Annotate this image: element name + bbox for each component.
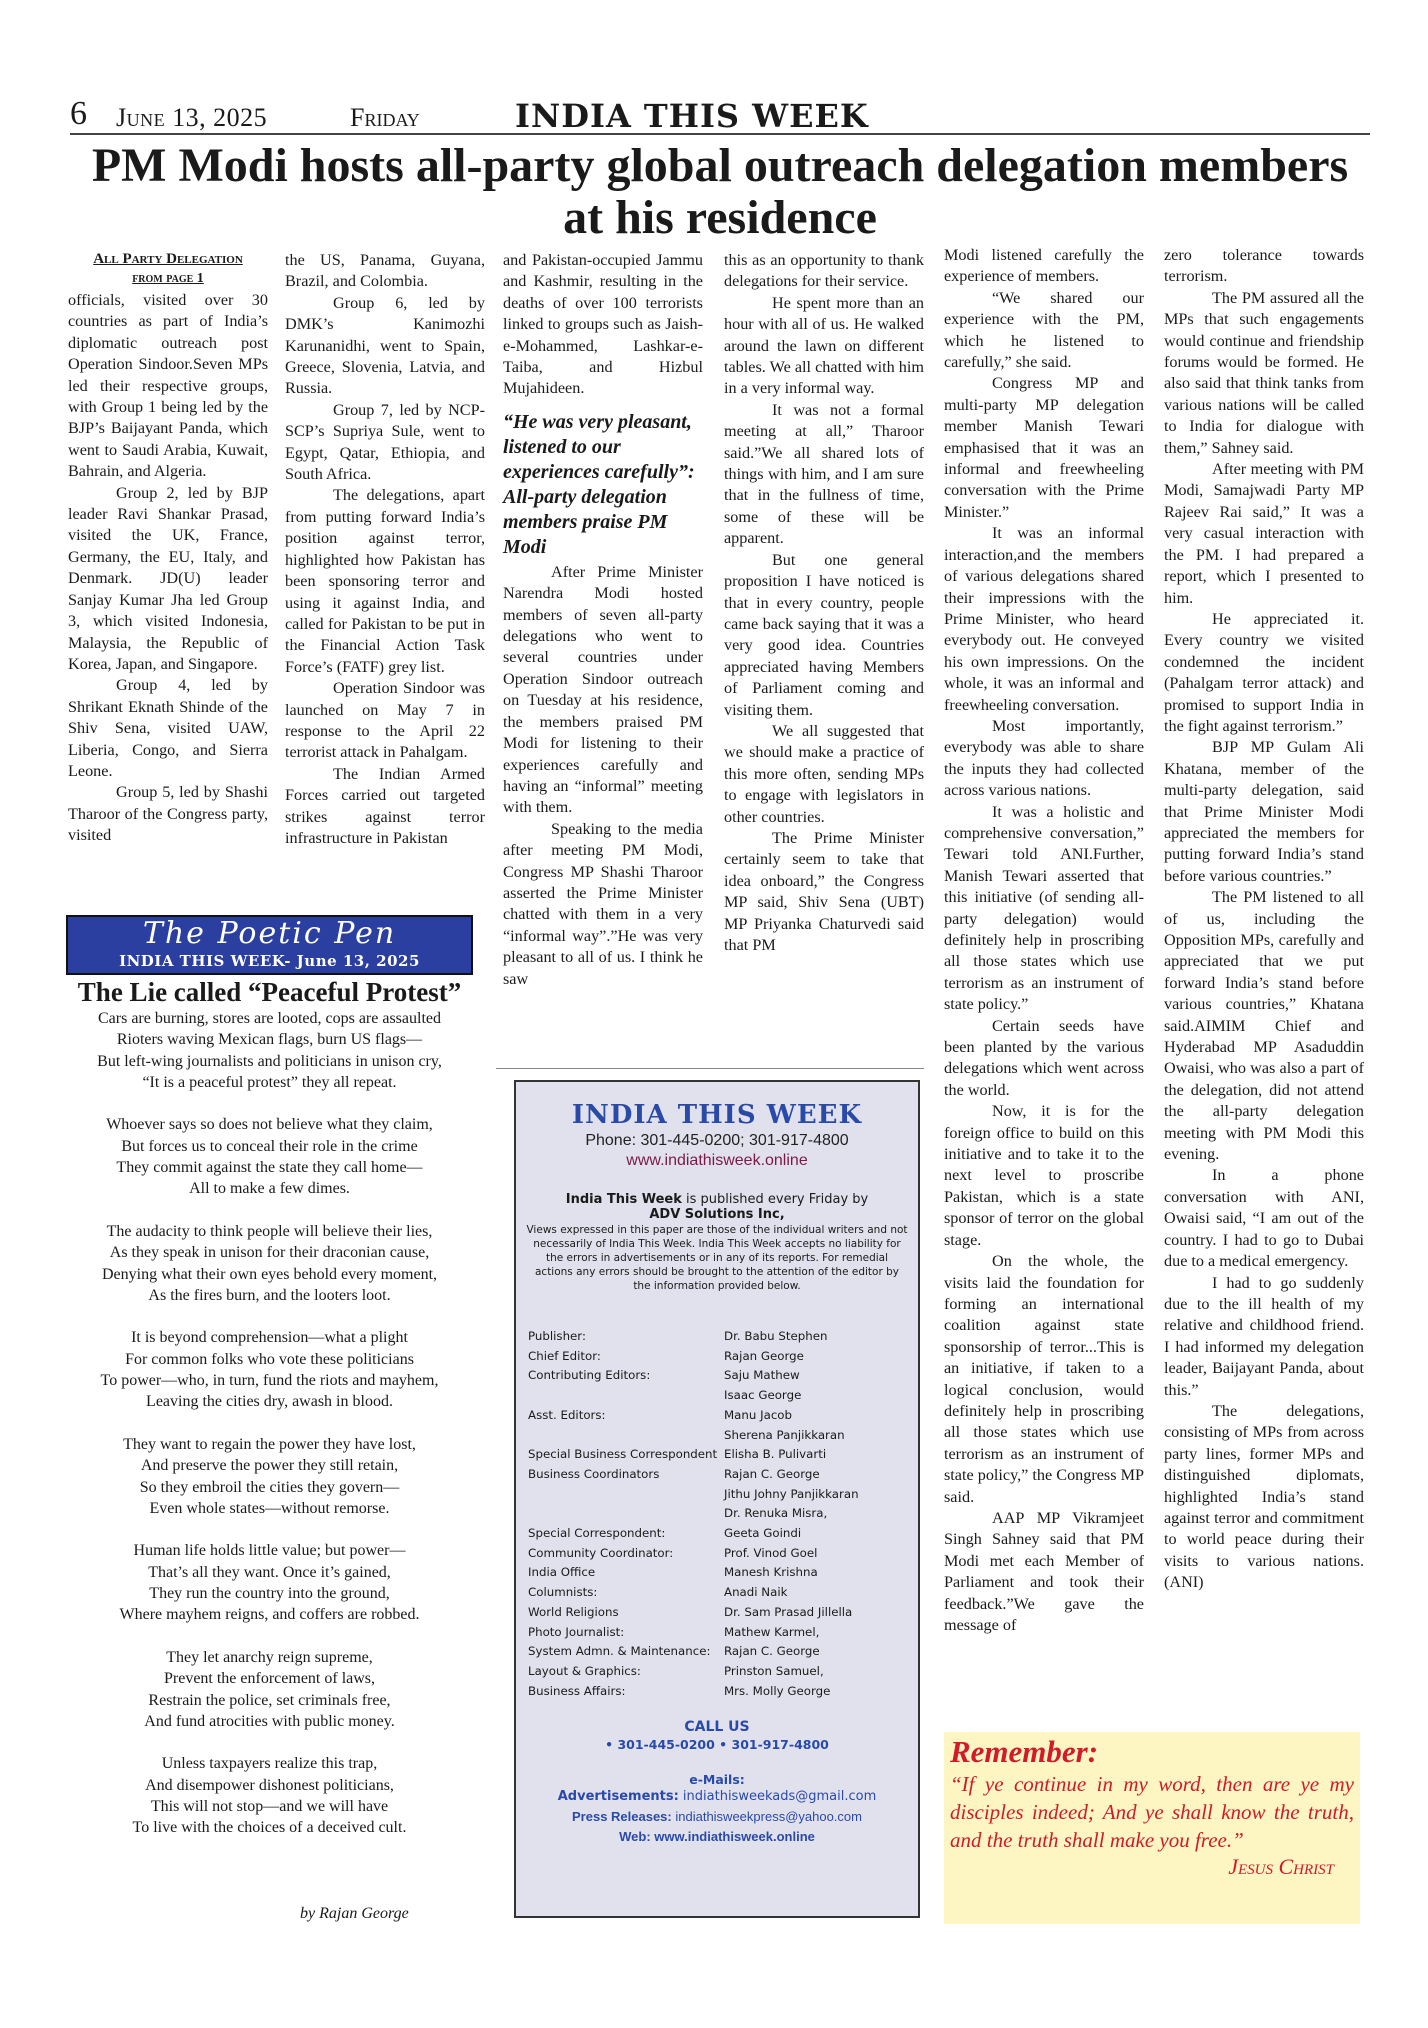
staff-list: Publisher:Dr. Babu Stephen Chief Editor:… (516, 1327, 918, 1701)
poem-line: Restrain the police, set criminals free, (66, 1690, 473, 1711)
info-box-title: INDIA THIS WEEK (516, 1100, 918, 1130)
page-number: 6 (70, 95, 87, 133)
paragraph: The delegations, apart from putting forw… (285, 485, 485, 678)
poem-stanza: Cars are burning, stores are looted, cop… (66, 1008, 473, 1093)
staff-name: Rajan C. George (724, 1642, 820, 1662)
paragraph: the US, Panama, Guyana, Brazil, and Colo… (285, 250, 485, 293)
staff-row: System Admn. & Maintenance:Rajan C. Geor… (528, 1642, 918, 1662)
staff-role: Contributing Editors: (528, 1366, 724, 1386)
staff-row: Columnists:Anadi Naik (528, 1583, 918, 1603)
poem-line: This will not stop—and we will have (66, 1796, 473, 1817)
poem-line: Human life holds little value; but power… (66, 1540, 473, 1561)
article-column-5: Modi listened carefully the experience o… (944, 245, 1144, 1636)
staff-role: System Admn. & Maintenance: (528, 1642, 724, 1662)
published-by-line: India This Week is published every Frida… (516, 1192, 918, 1207)
article-column-2: the US, Panama, Guyana, Brazil, and Colo… (285, 250, 485, 849)
staff-name: Rajan George (724, 1347, 804, 1367)
poem-line: And preserve the power they still retain… (66, 1455, 473, 1476)
staff-role (528, 1504, 724, 1524)
press-label: Press Releases: (572, 1809, 672, 1824)
staff-row: Layout & Graphics:Prinston Samuel, (528, 1662, 918, 1682)
remember-quote-box: Remember: “If ye continue in my word, th… (944, 1732, 1360, 1924)
ads-email-line: Advertisements: indiathisweekads@gmail.c… (516, 1787, 918, 1807)
paragraph: Group 4, led by Shrikant Eknath Shinde o… (68, 675, 268, 782)
staff-row: World ReligionsDr. Sam Prasad Jillella (528, 1603, 918, 1623)
ads-label: Advertisements: (558, 1789, 679, 1804)
staff-role: Photo Journalist: (528, 1623, 724, 1643)
publication-name-bold: India This Week (566, 1192, 682, 1207)
poem-line: And disempower dishonest politicians, (66, 1775, 473, 1796)
staff-name: Manu Jacob (724, 1406, 792, 1426)
staff-name: Dr. Sam Prasad Jillella (724, 1603, 852, 1623)
issue-day: Friday (350, 103, 420, 133)
staff-row: Business Affairs:Mrs. Molly George (528, 1682, 918, 1702)
staff-row: Photo Journalist:Mathew Karmel, (528, 1623, 918, 1643)
quote-author: Jesus Christ (950, 1854, 1354, 1880)
staff-role: Columnists: (528, 1583, 724, 1603)
poem-body: Cars are burning, stores are looted, cop… (66, 1008, 473, 1860)
staff-row: Special Business CorrespondentElisha B. … (528, 1445, 918, 1465)
paragraph: We all suggested that we should make a p… (724, 721, 924, 828)
staff-name: Dr. Renuka Misra, (724, 1504, 827, 1524)
poem-line: Unless taxpayers realize this trap, (66, 1753, 473, 1774)
staff-role: Business Affairs: (528, 1682, 724, 1702)
staff-role: Publisher: (528, 1327, 724, 1347)
poem-line: But forces us to conceal their role in t… (66, 1136, 473, 1157)
paragraph: Modi listened carefully the experience o… (944, 245, 1144, 288)
staff-role (528, 1386, 724, 1406)
staff-row: India OfficeManesh Krishna (528, 1563, 918, 1583)
staff-name: Rajan C. George (724, 1465, 820, 1485)
press-email-line: Press Releases: indiathisweekpress@yahoo… (516, 1807, 918, 1827)
staff-row: Isaac George (528, 1386, 918, 1406)
poem-stanza: They want to regain the power they have … (66, 1434, 473, 1519)
paragraph: He spent more than an hour with all of u… (724, 293, 924, 400)
poem-line: They let anarchy reign supreme, (66, 1647, 473, 1668)
poem-line: They run the country into the ground, (66, 1583, 473, 1604)
staff-name: Jithu Johny Panjikkaran (724, 1485, 859, 1505)
paragraph: On the whole, the visits laid the founda… (944, 1251, 1144, 1508)
paragraph: He appreciated it. Every country we visi… (1164, 609, 1364, 737)
publication-name: INDIA THIS WEEK (515, 97, 869, 135)
paragraph: officials, visited over 30 countries as … (68, 290, 268, 483)
poem-line: Where mayhem reigns, and coffers are rob… (66, 1604, 473, 1625)
staff-name: Anadi Naik (724, 1583, 787, 1603)
poem-byline: by Rajan George (300, 1905, 409, 1923)
staff-name: Prinston Samuel, (724, 1662, 824, 1682)
staff-role: India Office (528, 1563, 724, 1583)
poem-stanza: It is beyond comprehension—what a plight… (66, 1327, 473, 1412)
paragraph: Group 5, led by Shashi Tharoor of the Co… (68, 782, 268, 846)
staff-role: Chief Editor: (528, 1347, 724, 1367)
poem-line: To power—who, in turn, fund the riots an… (66, 1370, 473, 1391)
paragraph: The PM listened to all of us, including … (1164, 887, 1364, 1165)
staff-row: Asst. Editors:Manu Jacob (528, 1406, 918, 1426)
call-us-heading: CALL US (516, 1719, 918, 1735)
staff-row: Community Coordinator:Prof. Vinod Goel (528, 1544, 918, 1564)
poem-line: That’s all they want. Once it’s gained, (66, 1562, 473, 1583)
masthead: 6 June 13, 2025 Friday INDIA THIS WEEK (70, 95, 1370, 135)
paragraph: After meeting with PM Modi, Samajwadi Pa… (1164, 459, 1364, 609)
staff-name: Manesh Krishna (724, 1563, 818, 1583)
paragraph: The Indian Armed Forces carried out targ… (285, 764, 485, 850)
poem-line: Cars are burning, stores are looted, cop… (66, 1008, 473, 1029)
poem-line: Rioters waving Mexican flags, burn US fl… (66, 1029, 473, 1050)
staff-name: Isaac George (724, 1386, 801, 1406)
paragraph: Now, it is for the foreign office to bui… (944, 1101, 1144, 1251)
paragraph: AAP MP Vikramjeet Singh Sahney said that… (944, 1508, 1144, 1636)
paragraph: But one general proposition I have notic… (724, 550, 924, 721)
poem-title: The Lie called “Peaceful Protest” (66, 975, 473, 1009)
publisher-company: ADV Solutions Inc, (516, 1207, 918, 1222)
poem-line: Whoever says so does not believe what th… (66, 1114, 473, 1135)
staff-name: Prof. Vinod Goel (724, 1544, 817, 1564)
paragraph: The Prime Minister certainly seem to tak… (724, 828, 924, 956)
paragraph: Group 7, led by NCP-SCP’s Supriya Sule, … (285, 400, 485, 486)
poem-line: All to make a few dimes. (66, 1178, 473, 1199)
publication-info-box: INDIA THIS WEEK Phone: 301-445-0200; 301… (514, 1080, 920, 1918)
web-link[interactable]: Web: www.indiathisweek.online (516, 1827, 918, 1847)
staff-role (528, 1485, 724, 1505)
paragraph: It was an informal interaction,and the m… (944, 523, 1144, 716)
remember-title: Remember: (950, 1734, 1354, 1770)
paragraph: In a phone conversation with ANI, Owaisi… (1164, 1165, 1364, 1272)
poem-line: It is beyond comprehension—what a plight (66, 1327, 473, 1348)
staff-role: Business Coordinators (528, 1465, 724, 1485)
issue-date: June 13, 2025 (116, 103, 267, 133)
poem-line: As they speak in unison for their dracon… (66, 1242, 473, 1263)
pull-quote-subheading: “He was very pleasant, listened to our e… (503, 410, 703, 560)
paragraph: It was not a formal meeting at all,” Tha… (724, 400, 924, 550)
paragraph: Certain seeds have been planted by the v… (944, 1016, 1144, 1102)
call-us-numbers: • 301-445-0200 • 301-917-4800 (516, 1737, 918, 1752)
poem-line: The audacity to think people will believ… (66, 1221, 473, 1242)
info-box-website-link[interactable]: www.indiathisweek.online (516, 1152, 918, 1170)
press-email-link[interactable]: indiathisweekpress@yahoo.com (672, 1809, 862, 1824)
paragraph: Operation Sindoor was launched on May 7 … (285, 678, 485, 764)
staff-row: Business CoordinatorsRajan C. George (528, 1465, 918, 1485)
staff-row: Sherena Panjikkaran (528, 1426, 918, 1446)
staff-row: Jithu Johny Panjikkaran (528, 1485, 918, 1505)
poem-line: To live with the choices of a deceived c… (66, 1817, 473, 1838)
poem-stanza: The audacity to think people will believ… (66, 1221, 473, 1306)
emails-heading: e-Mails: (516, 1772, 918, 1787)
staff-name: Sherena Panjikkaran (724, 1426, 845, 1446)
poem-line: But left-wing journalists and politician… (66, 1051, 473, 1072)
published-by-text: is published every Friday by (682, 1192, 868, 1207)
poem-line: “It is a peaceful protest” they all repe… (66, 1072, 473, 1093)
staff-row: Chief Editor:Rajan George (528, 1347, 918, 1367)
staff-role: Layout & Graphics: (528, 1662, 724, 1682)
staff-name: Saju Mathew (724, 1366, 800, 1386)
article-column-6: zero tolerance towards terrorism. The PM… (1164, 245, 1364, 1594)
article-column-3: and Pakistan-occupied Jammu and Kashmir,… (503, 250, 703, 990)
staff-role: Special Correspondent: (528, 1524, 724, 1544)
poem-line: And fund atrocities with public money. (66, 1711, 473, 1732)
poem-stanza: Human life holds little value; but power… (66, 1540, 473, 1625)
staff-name: Geeta Goindi (724, 1524, 801, 1544)
ads-email-link[interactable]: indiathisweekads@gmail.com (679, 1789, 876, 1804)
article-headline: PM Modi hosts all-party global outreach … (70, 140, 1370, 244)
paragraph: Most importantly, everybody was able to … (944, 716, 1144, 802)
kicker-from-page: from page 1 (68, 269, 268, 288)
paragraph: this as an opportunity to thank delegati… (724, 250, 924, 293)
poem-line: Prevent the enforcement of laws, (66, 1668, 473, 1689)
poem-line: For common folks who vote these politici… (66, 1349, 473, 1370)
staff-role: Community Coordinator: (528, 1544, 724, 1564)
staff-role (528, 1426, 724, 1446)
staff-role: Special Business Correspondent (528, 1445, 724, 1465)
poem-line: Even whole states—without remorse. (66, 1498, 473, 1519)
staff-role: World Religions (528, 1603, 724, 1623)
paragraph: The PM assured all the MPs that such eng… (1164, 288, 1364, 459)
staff-name: Mathew Karmel, (724, 1623, 819, 1643)
staff-name: Mrs. Molly George (724, 1682, 830, 1702)
poem-line: They want to regain the power they have … (66, 1434, 473, 1455)
article-column-4: this as an opportunity to thank delegati… (724, 250, 924, 956)
paragraph: BJP MP Gulam Ali Khatana, member of the … (1164, 737, 1364, 887)
scripture-quote: “If ye continue in my word, then are ye … (950, 1770, 1354, 1854)
paragraph: After Prime Minister Narendra Modi hoste… (503, 562, 703, 819)
disclaimer: Views expressed in this paper are those … (516, 1223, 918, 1293)
poetic-pen-banner: The Poetic Pen INDIA THIS WEEK- June 13,… (66, 915, 473, 975)
paragraph: and Pakistan-occupied Jammu and Kashmir,… (503, 250, 703, 400)
paragraph: zero tolerance towards terrorism. (1164, 245, 1364, 288)
paragraph: Group 6, led by DMK’s Kanimozhi Karunani… (285, 293, 485, 400)
info-box-phone: Phone: 301-445-0200; 301-917-4800 (516, 1132, 918, 1150)
staff-row: Contributing Editors:Saju Mathew (528, 1366, 918, 1386)
poem-stanza: Whoever says so does not believe what th… (66, 1114, 473, 1199)
poem-line: Denying what their own eyes behold every… (66, 1264, 473, 1285)
staff-row: Special Correspondent:Geeta Goindi (528, 1524, 918, 1544)
poem-stanza: Unless taxpayers realize this trap, And … (66, 1753, 473, 1838)
staff-role: Asst. Editors: (528, 1406, 724, 1426)
paragraph: Speaking to the media after meeting PM M… (503, 819, 703, 990)
poem-line: They commit against the state they call … (66, 1157, 473, 1178)
poem-line: As the fires burn, and the looters loot. (66, 1285, 473, 1306)
poem-line: Leaving the cities dry, awash in blood. (66, 1391, 473, 1412)
paragraph: The delegations, consisting of MPs from … (1164, 1401, 1364, 1594)
kicker-label: All Party Delegation (68, 250, 268, 269)
section-divider (496, 1068, 924, 1069)
poetic-pen-subtitle: INDIA THIS WEEK- June 13, 2025 (68, 951, 471, 971)
paragraph: Group 2, led by BJP leader Ravi Shankar … (68, 483, 268, 676)
article-column-1: All Party Delegation from page 1 officia… (68, 250, 268, 847)
paragraph: It was a holistic and comprehensive conv… (944, 802, 1144, 1016)
paragraph: “We shared our experience with the PM, w… (944, 288, 1144, 374)
poetic-pen-title: The Poetic Pen (68, 917, 471, 951)
paragraph: I had to go suddenly due to the ill heal… (1164, 1273, 1364, 1401)
staff-row: Dr. Renuka Misra, (528, 1504, 918, 1524)
poem-stanza: They let anarchy reign supreme, Prevent … (66, 1647, 473, 1732)
poem-line: So they embroil the cities they govern— (66, 1477, 473, 1498)
paragraph: Congress MP and multi-party MP delegatio… (944, 373, 1144, 523)
staff-row: Publisher:Dr. Babu Stephen (528, 1327, 918, 1347)
staff-name: Elisha B. Pulivarti (724, 1445, 826, 1465)
staff-name: Dr. Babu Stephen (724, 1327, 827, 1347)
